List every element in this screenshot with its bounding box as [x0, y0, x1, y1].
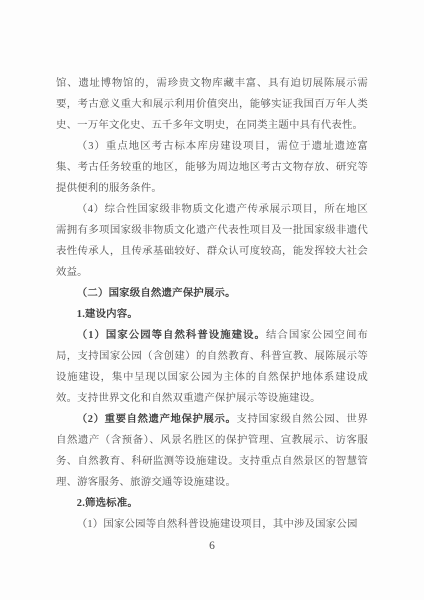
- paragraph: （2）重要自然遗产地保护展示。支持国家级自然公园、世界自然遗产（含预备）、风景名…: [56, 409, 368, 493]
- section-heading: 1.建设内容。: [56, 304, 368, 325]
- paragraph-lead: （1）国家公园等自然科普设施建设。: [77, 330, 266, 341]
- paragraph: （4）综合性国家级非物质文化遗产传承展示项目，所在地区需拥有多项国家级非物质文化…: [56, 199, 368, 283]
- paragraph-lead: （2）重要自然遗产地保护展示。: [77, 414, 237, 425]
- page-number: 6: [0, 540, 424, 552]
- section-heading: （二）国家级自然遗产保护展示。: [56, 283, 368, 304]
- paragraph: （1）国家公园等自然科普设施建设项目，其中涉及国家公园: [56, 514, 368, 535]
- paragraph: （1）国家公园等自然科普设施建设。结合国家公园空间布局，支持国家公园（含创建）的…: [56, 325, 368, 409]
- text-body: 馆、遗址博物馆的，需珍贵文物库藏丰富、具有迫切展陈展示需要，考古意义重大和展示利…: [56, 73, 368, 535]
- section-heading: 2.筛选标准。: [56, 493, 368, 514]
- document-page: 馆、遗址博物馆的，需珍贵文物库藏丰富、具有迫切展陈展示需要，考古意义重大和展示利…: [0, 0, 424, 600]
- paragraph-text: 结合国家公园空间布局，支持国家公园（含创建）的自然教育、科普宣教、展陈展示等设施…: [56, 330, 368, 404]
- paragraph: 馆、遗址博物馆的，需珍贵文物库藏丰富、具有迫切展陈展示需要，考古意义重大和展示利…: [56, 73, 368, 136]
- paragraph-text: 支持国家级自然公园、世界自然遗产（含预备）、风景名胜区的保护管理、宣教展示、访客…: [56, 414, 368, 488]
- paragraph: （3）重点地区考古标本库房建设项目，需位于遗址遗迹富集、考古任务较重的地区，能够…: [56, 136, 368, 199]
